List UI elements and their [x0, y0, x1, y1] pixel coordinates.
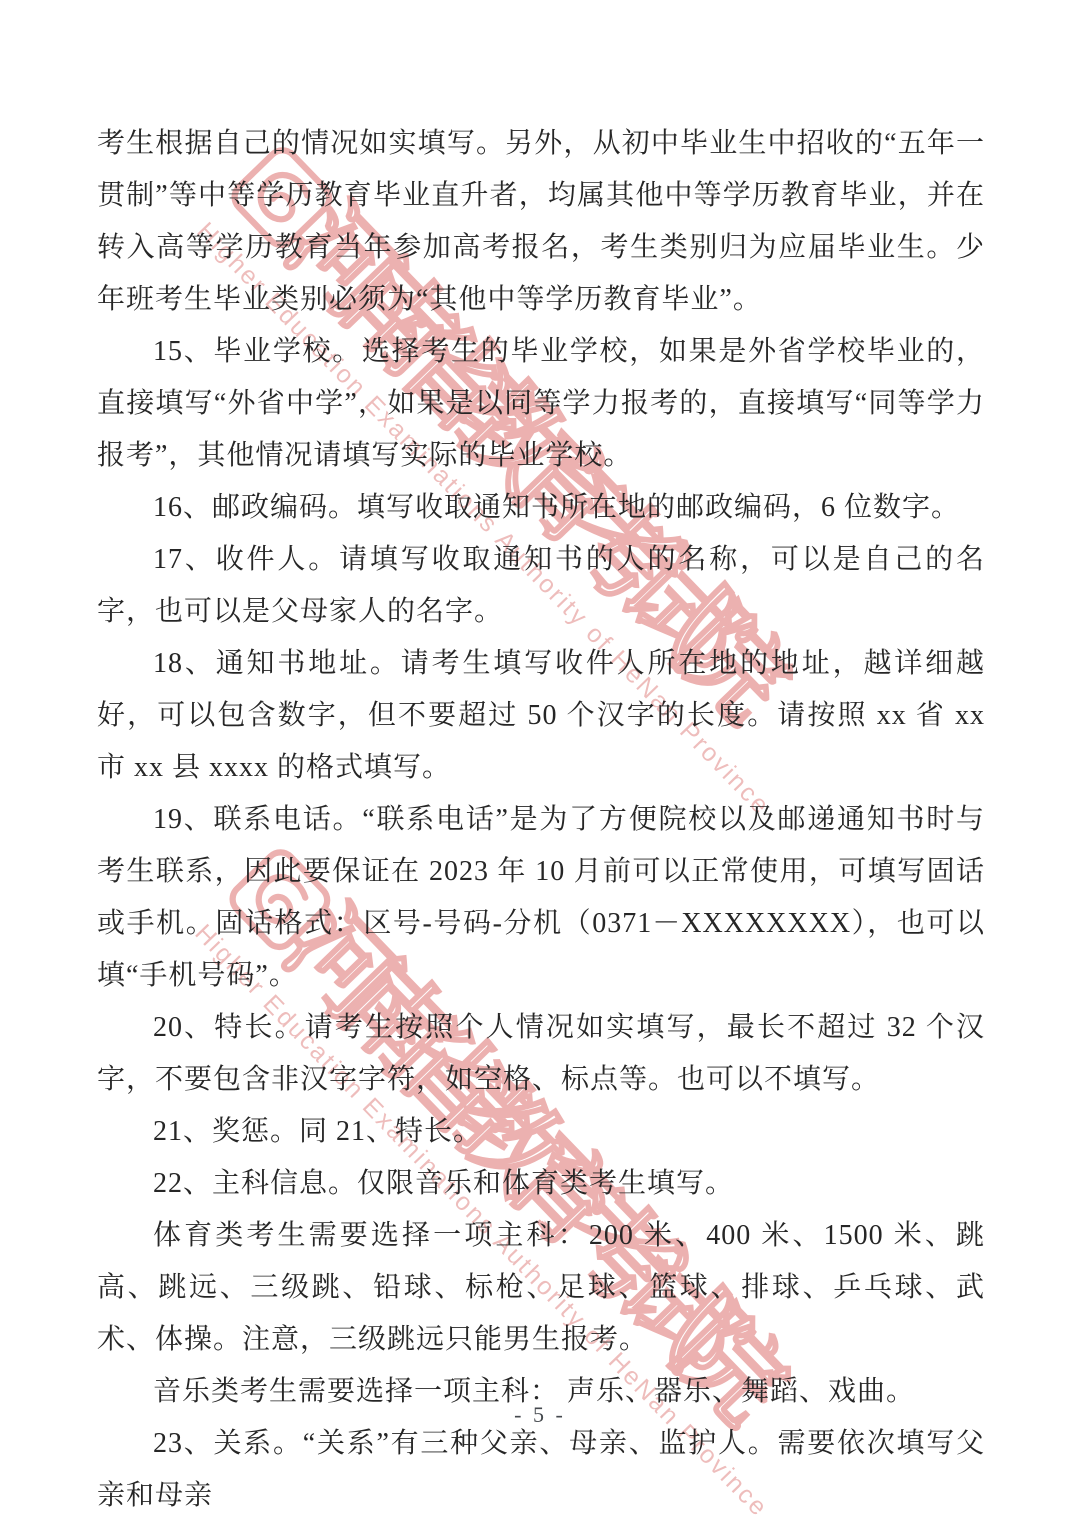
paragraph: 23、关系。“关系”有三种父亲、母亲、监护人。需要依次填写父亲和母亲 — [97, 1418, 985, 1522]
page-number: - 5 - — [0, 1402, 1080, 1428]
paragraph: 22、主科信息。仅限音乐和体育类考生填写。 — [97, 1158, 985, 1210]
paragraph: 20、特长。请考生按照个人情况如实填写，最长不超过 32 个汉字，不要包含非汉字… — [97, 1002, 985, 1106]
document-body: 考生根据自己的情况如实填写。另外，从初中毕业生中招收的“五年一贯制”等中等学历教… — [97, 118, 985, 1522]
paragraph: 18、通知书地址。请考生填写收件人所在地的地址，越详细越好，可以包含数字，但不要… — [97, 638, 985, 794]
paragraph: 21、奖惩。同 21、特长。 — [97, 1106, 985, 1158]
paragraph: 16、邮政编码。填写收取通知书所在地的邮政编码，6 位数字。 — [97, 482, 985, 534]
document-page: 河南省教育考试院 Higher Education Examinations A… — [0, 0, 1080, 1527]
paragraph: 考生根据自己的情况如实填写。另外，从初中毕业生中招收的“五年一贯制”等中等学历教… — [97, 118, 985, 326]
paragraph: 体育类考生需要选择一项主科：200 米、400 米、1500 米、跳高、跳远、三… — [97, 1210, 985, 1366]
paragraph: 15、毕业学校。选择考生的毕业学校，如果是外省学校毕业的，直接填写“外省中学”，… — [97, 326, 985, 482]
paragraph: 19、联系电话。“联系电话”是为了方便院校以及邮递通知书时与考生联系，因此要保证… — [97, 794, 985, 1002]
paragraph: 17、收件人。请填写收取通知书的人的名称，可以是自己的名字，也可以是父母家人的名… — [97, 534, 985, 638]
